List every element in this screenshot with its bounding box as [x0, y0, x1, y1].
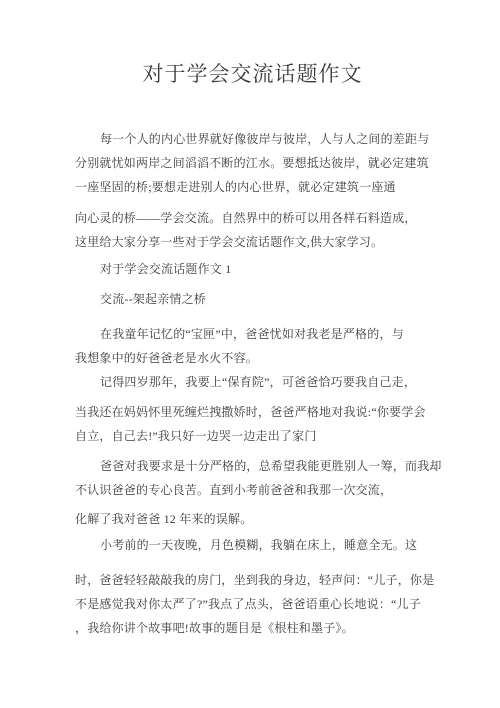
- text-line: 交流--架起亲情之桥: [75, 287, 430, 311]
- text-line: 化解了我对爸爸 12 年来的误解。: [75, 507, 430, 531]
- text-line: 不认识爸爸的专心良苦。直到小考前爸爸和我那一次交流，: [75, 478, 430, 502]
- text-line: 在我童年记忆的“宝匣”中，爸爸忧如对我老是严格的，与: [75, 322, 430, 346]
- paragraph: 对于学会交流话题作文 1: [75, 257, 430, 281]
- text-line: 爸爸对我要求是十分严格的，总希望我能更胜别人一筹，而我却: [75, 454, 430, 478]
- text-line: 记得四岁那年，我要上“保育院”，可爸爸恰巧要我自己走，: [75, 370, 430, 394]
- document-title: 对于学会交流话题作文: [75, 58, 430, 90]
- paragraph: 在我童年记忆的“宝匣”中，爸爸忧如对我老是严格的，与 我想象中的好爸爸老是水火不…: [75, 322, 430, 370]
- text-line: 不是感觉我对你太严了?”我点了点头，爸爸语重心长地说：“儿子: [75, 592, 430, 616]
- text-line: 每一个人的内心世界就好像彼岸与彼岸，人与人之间的差距与: [75, 127, 430, 151]
- paragraph: 每一个人的内心世界就好像彼岸与彼岸，人与人之间的差距与 分别就忧如两岸之间滔滔不…: [75, 127, 430, 199]
- text-line: 分别就忧如两岸之间滔滔不断的江水。要想抵达彼岸，就必定建筑: [75, 151, 430, 175]
- text-line: 对于学会交流话题作文 1: [75, 257, 430, 281]
- paragraph: 向心灵的桥——学会交流。自然界中的桥可以用各样石料造成， 这里给大家分享一些对于…: [75, 206, 430, 254]
- text-line: 自立，自己去!”我只好一边哭一边走出了家门: [75, 424, 430, 448]
- paragraph: 时，爸爸轻轻敲敲我的房门，坐到我的身边，轻声问：“儿子，你是 不是感觉我对你太严…: [75, 568, 430, 640]
- text-line: 时，爸爸轻轻敲敲我的房门，坐到我的身边，轻声问：“儿子，你是: [75, 568, 430, 592]
- text-line: 小考前的一天夜晚，月色模糊，我躺在床上，睡意全无。这: [75, 533, 430, 557]
- paragraph: 交流--架起亲情之桥: [75, 287, 430, 311]
- text-line: 这里给大家分享一些对于学会交流话题作文,供大家学习。: [75, 230, 430, 254]
- paragraph: 小考前的一天夜晚，月色模糊，我躺在床上，睡意全无。这: [75, 533, 430, 557]
- text-line: 我想象中的好爸爸老是水火不容。: [75, 346, 430, 370]
- document-page: 对于学会交流话题作文 每一个人的内心世界就好像彼岸与彼岸，人与人之间的差距与 分…: [0, 0, 500, 708]
- text-line: ，我给你讲个故事吧!故事的题目是《根柱和墨子》。: [75, 616, 430, 640]
- paragraph: 爸爸对我要求是十分严格的，总希望我能更胜别人一筹，而我却 不认识爸爸的专心良苦。…: [75, 454, 430, 502]
- paragraph: 化解了我对爸爸 12 年来的误解。: [75, 507, 430, 531]
- text-line: 当我还在妈妈怀里死缠烂拽撒娇时，爸爸严格地对我说:“你要学会: [75, 400, 430, 424]
- text-line: 一座坚固的桥;要想走进别人的内心世界，就必定建筑一座通: [75, 175, 430, 199]
- paragraph: 当我还在妈妈怀里死缠烂拽撒娇时，爸爸严格地对我说:“你要学会 自立，自己去!”我…: [75, 400, 430, 448]
- paragraph: 记得四岁那年，我要上“保育院”，可爸爸恰巧要我自己走，: [75, 370, 430, 394]
- text-line: 向心灵的桥——学会交流。自然界中的桥可以用各样石料造成，: [75, 206, 430, 230]
